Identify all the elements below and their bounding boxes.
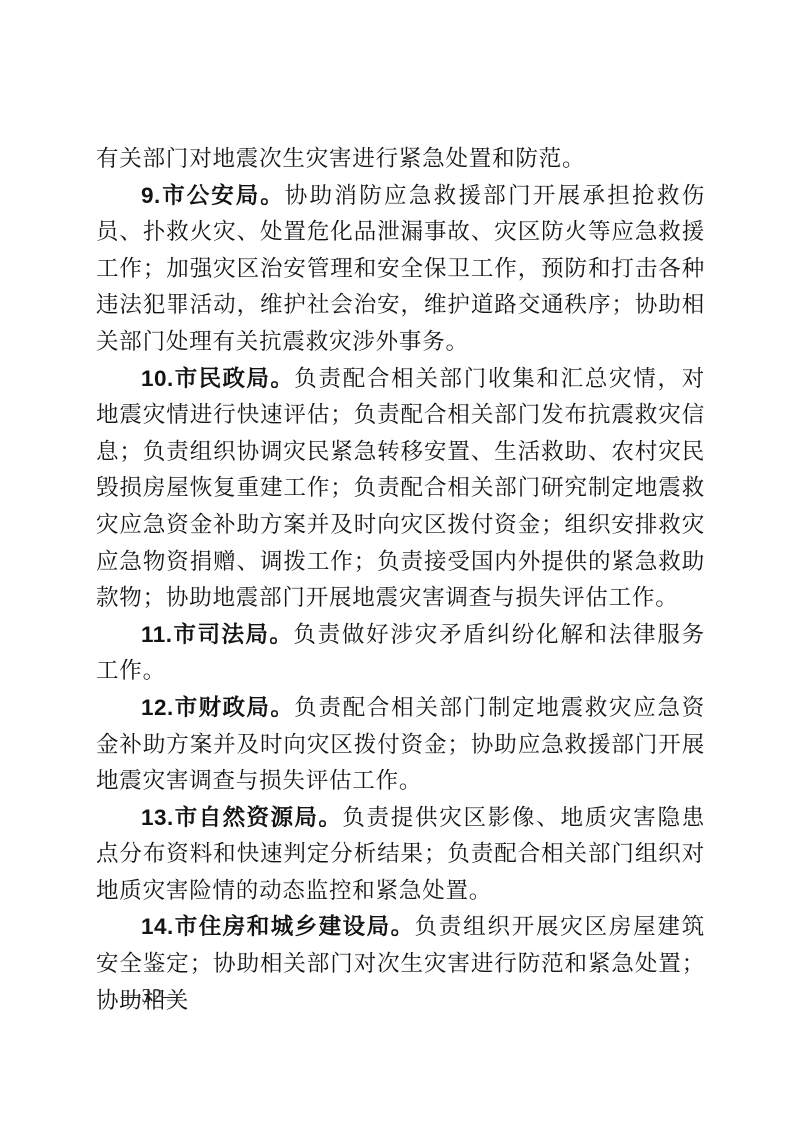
paragraph-civil-affairs-bureau: 10.市民政局。负责配合相关部门收集和汇总灾情，对地震灾情进行快速评估；负责配合… bbox=[96, 361, 705, 617]
paragraph-lead: 12.市财政局。 bbox=[141, 695, 294, 720]
paragraph-lead: 9.市公安局。 bbox=[141, 183, 285, 208]
document-page: 有关部门对地震次生灾害进行紧急处置和防范。 9.市公安局。协助消防应急救援部门开… bbox=[0, 0, 793, 1122]
paragraph-continuation: 有关部门对地震次生灾害进行紧急处置和防范。 bbox=[96, 141, 705, 178]
paragraph-lead: 10.市民政局。 bbox=[141, 366, 294, 391]
paragraph-natural-resources-bureau: 13.市自然资源局。负责提供灾区影像、地质灾害隐患点分布资料和快速判定分析结果；… bbox=[96, 800, 705, 910]
paragraph-justice-bureau: 11.市司法局。负责做好涉灾矛盾纠纷化解和法律服务工作。 bbox=[96, 617, 705, 690]
paragraph-finance-bureau: 12.市财政局。负责配合相关部门制定地震救灾应急资金补助方案并及时向灾区拨付资金… bbox=[96, 690, 705, 800]
paragraph-lead: 13.市自然资源局。 bbox=[141, 805, 342, 830]
paragraph-public-security-bureau: 9.市公安局。协助消防应急救援部门开展承担抢救伤员、扑救火灾、处置危化品泄漏事故… bbox=[96, 178, 705, 361]
paragraph-lead: 14.市住房和城乡建设局。 bbox=[141, 914, 415, 939]
paragraph-lead: 11.市司法局。 bbox=[141, 622, 293, 647]
body-text: 有关部门对地震次生灾害进行紧急处置和防范。 9.市公安局。协助消防应急救援部门开… bbox=[96, 141, 705, 1019]
page-number: —32— bbox=[121, 986, 184, 1008]
paragraph-text: 有关部门对地震次生灾害进行紧急处置和防范。 bbox=[96, 146, 585, 171]
paragraph-housing-construction-bureau: 14.市住房和城乡建设局。负责组织开展灾区房屋建筑安全鉴定；协助相关部门对次生灾… bbox=[96, 909, 705, 1019]
paragraph-text: 负责配合相关部门收集和汇总灾情，对地震灾情进行快速评估；负责配合相关部门发布抗震… bbox=[96, 366, 705, 611]
paragraph-text: 协助消防应急救援部门开展承担抢救伤员、扑救火灾、处置危化品泄漏事故、灾区防火等应… bbox=[96, 183, 705, 354]
